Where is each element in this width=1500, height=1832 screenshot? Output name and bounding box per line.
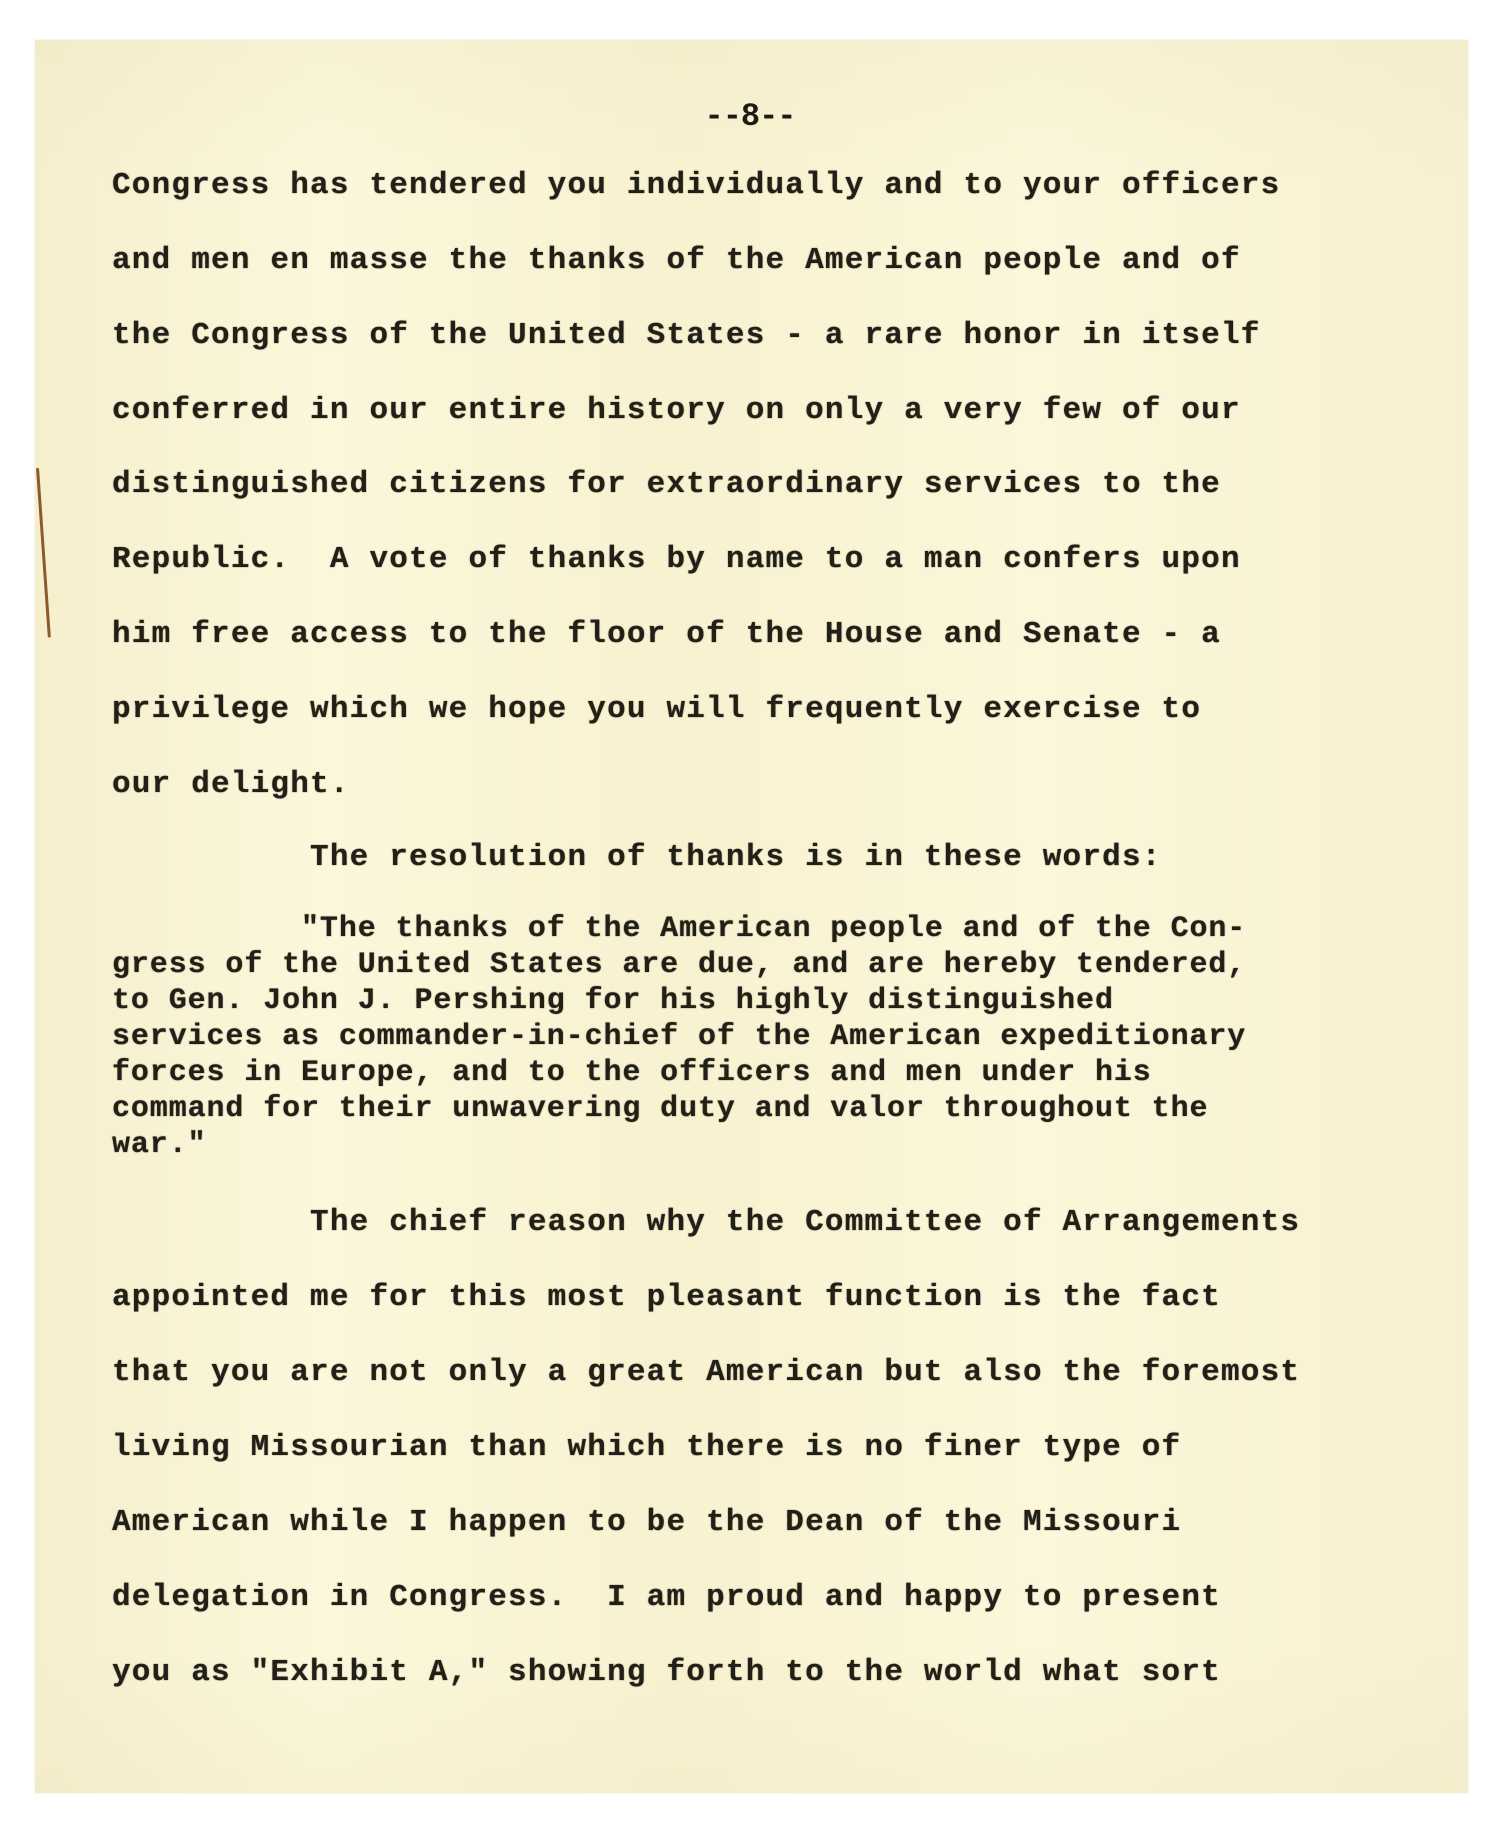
text-line: appointed me for this most pleasant func… xyxy=(112,1280,1221,1315)
text-line: the Congress of the United States - a ra… xyxy=(112,318,1261,353)
text-line: him free access to the floor of the Hous… xyxy=(112,617,1221,652)
text-line: you as "Exhibit A," showing forth to the… xyxy=(112,1655,1221,1690)
text-line: American while I happen to be the Dean o… xyxy=(112,1505,1181,1540)
text-line: privilege which we hope you will frequen… xyxy=(112,692,1201,727)
text-line: that you are not only a great American b… xyxy=(112,1355,1300,1390)
quote-line: forces in Europe, and to the officers an… xyxy=(112,1056,1152,1090)
page-number: --8-- xyxy=(0,98,1500,135)
text-line: and men en masse the thanks of the Ameri… xyxy=(112,243,1241,278)
quote-line: war." xyxy=(112,1128,207,1162)
text-line: delegation in Congress. I am proud and h… xyxy=(112,1580,1221,1615)
quote-line: to Gen. John J. Pershing for his highly … xyxy=(112,984,1114,1018)
text-line: The chief reason why the Committee of Ar… xyxy=(112,1205,1300,1240)
text-line: The resolution of thanks is in these wor… xyxy=(112,840,1162,875)
text-line: distinguished citizens for extraordinary… xyxy=(112,467,1221,502)
text-line: conferred in our entire history on only … xyxy=(112,393,1241,428)
quote-line: command for their unwavering duty and va… xyxy=(112,1092,1208,1126)
text-line: living Missourian than which there is no… xyxy=(112,1430,1181,1465)
text-line: our delight. xyxy=(112,767,350,802)
text-line: Republic. A vote of thanks by name to a … xyxy=(112,542,1241,577)
quote-line: "The thanks of the American people and o… xyxy=(112,912,1246,946)
text-line: Congress has tendered you individually a… xyxy=(112,168,1280,203)
quote-line: gress of the United States are due, and … xyxy=(112,948,1246,982)
quote-line: services as commander-in-chief of the Am… xyxy=(112,1020,1246,1054)
